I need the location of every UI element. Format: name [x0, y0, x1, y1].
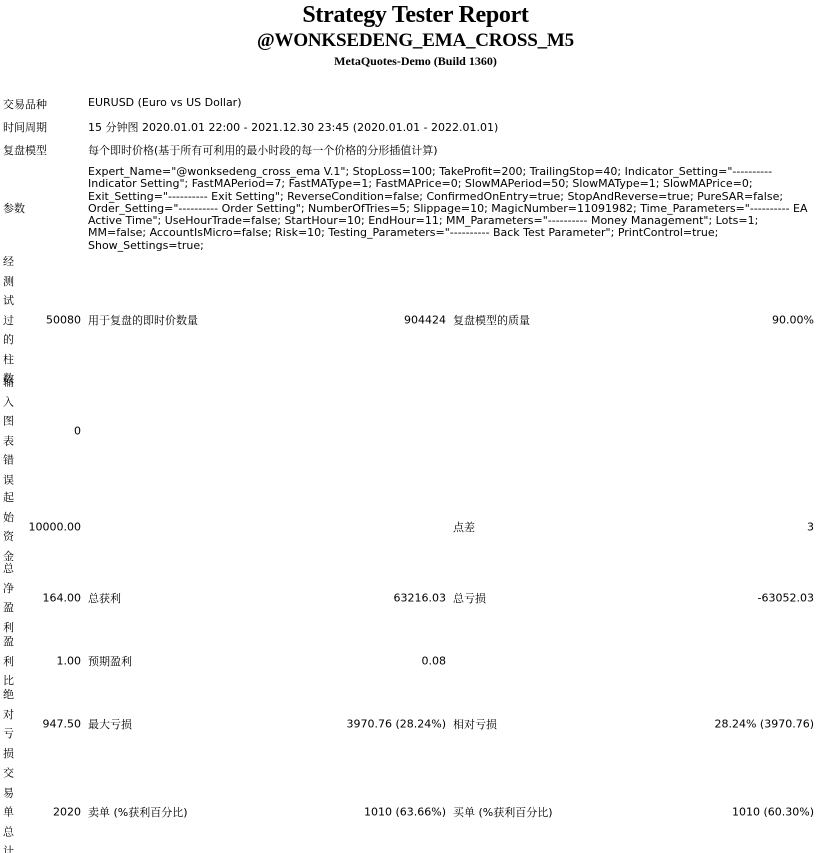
row-model: 复盘模型 每个即时价格(基于所有可利用的最小时段的每一个价格的分形插值计算): [0, 142, 831, 160]
stat-value: 50080: [46, 314, 81, 327]
stat-label-3: 总亏损: [453, 590, 486, 606]
stat-label-3: 相对亏损: [453, 716, 497, 732]
stat-label-2: 预期盈利: [88, 653, 132, 669]
stat-label-3: 点差: [453, 519, 475, 535]
stat-value: 164.00: [43, 592, 82, 605]
model-value: 每个即时价格(基于所有可利用的最小时段的每一个价格的分形插值计算): [88, 142, 438, 158]
row-symbol: 交易品种 EURUSD (Euro vs US Dollar): [0, 96, 831, 114]
stat-value-2: 63216.03: [394, 592, 447, 605]
stats-row: 起始资金 10000.00 点差 3: [0, 492, 831, 562]
stat-label-3: 买单 (%获利百分比): [453, 804, 553, 820]
symbol-label: 交易品种: [3, 96, 47, 112]
stat-label: 盈利比: [3, 632, 17, 691]
stat-value-2: 3970.76 (28.24%): [346, 718, 446, 731]
stat-label: 绝对亏损: [3, 685, 17, 763]
stat-value: 10000.00: [29, 521, 82, 534]
row-period: 时间周期 15 分钟图 2020.01.01 22:00 - 2021.12.3…: [0, 119, 831, 137]
stat-value-3: 3: [807, 521, 814, 534]
stat-label-2: 总获利: [88, 590, 121, 606]
server-build: MetaQuotes-Demo (Build 1360): [0, 53, 831, 69]
expert-name: @WONKSEDENG_EMA_CROSS_M5: [0, 29, 831, 53]
stats-row: 盈利比 1.00 预期盈利 0.08: [0, 634, 831, 688]
parameters-value: Expert_Name="@wonksedeng_cross_ema V.1";…: [88, 166, 814, 252]
stat-label: 总净盈利: [3, 559, 17, 637]
model-label: 复盘模型: [3, 142, 47, 158]
period-label: 时间周期: [3, 119, 47, 135]
report-header: Strategy Tester Report @WONKSEDENG_EMA_C…: [0, 1, 831, 69]
stat-value: 2020: [53, 806, 81, 819]
stat-label-3: 复盘模型的质量: [453, 312, 530, 328]
stats-row: 输入图表错误 0: [0, 380, 831, 482]
period-value: 15 分钟图 2020.01.01 22:00 - 2021.12.30 23:…: [88, 119, 498, 135]
stat-value: 0: [74, 425, 81, 438]
stat-label: 交易单总计: [3, 763, 17, 853]
stat-value-3: 28.24% (3970.76): [714, 718, 814, 731]
stats-row: 交易单总计 2020 卖单 (%获利百分比) 1010 (63.66%) 买单 …: [0, 768, 831, 853]
stat-value-3: 1010 (60.30%): [732, 806, 814, 819]
parameters-label: 参数: [3, 200, 25, 216]
report-title: Strategy Tester Report: [0, 1, 831, 29]
stat-label: 输入图表错误: [3, 373, 17, 490]
stat-label-2: 卖单 (%获利百分比): [88, 804, 188, 820]
stat-value-3: 90.00%: [772, 314, 814, 327]
stat-label-2: 最大亏损: [88, 716, 132, 732]
stat-label-2: 用于复盘的即时价数量: [88, 312, 198, 328]
stat-value-3: -63052.03: [758, 592, 814, 605]
symbol-value: EURUSD (Euro vs US Dollar): [88, 96, 242, 109]
stat-value-2: 904424: [404, 314, 446, 327]
stat-value-2: 1010 (63.66%): [364, 806, 446, 819]
stat-value: 947.50: [43, 718, 82, 731]
stat-value-2: 0.08: [422, 655, 447, 668]
stats-row: 经测试过的柱数 50080 用于复盘的即时价数量 904424 复盘模型的质量 …: [0, 264, 831, 376]
row-parameters: 参数 Expert_Name="@wonksedeng_cross_ema V.…: [0, 165, 831, 251]
stat-label: 起始资金: [3, 488, 17, 566]
stat-value: 1.00: [57, 655, 82, 668]
stats-row: 绝对亏损 947.50 最大亏损 3970.76 (28.24%) 相对亏损 2…: [0, 690, 831, 758]
stats-row: 总净盈利 164.00 总获利 63216.03 总亏损 -63052.03: [0, 564, 831, 632]
stat-label: 经测试过的柱数: [3, 252, 17, 389]
